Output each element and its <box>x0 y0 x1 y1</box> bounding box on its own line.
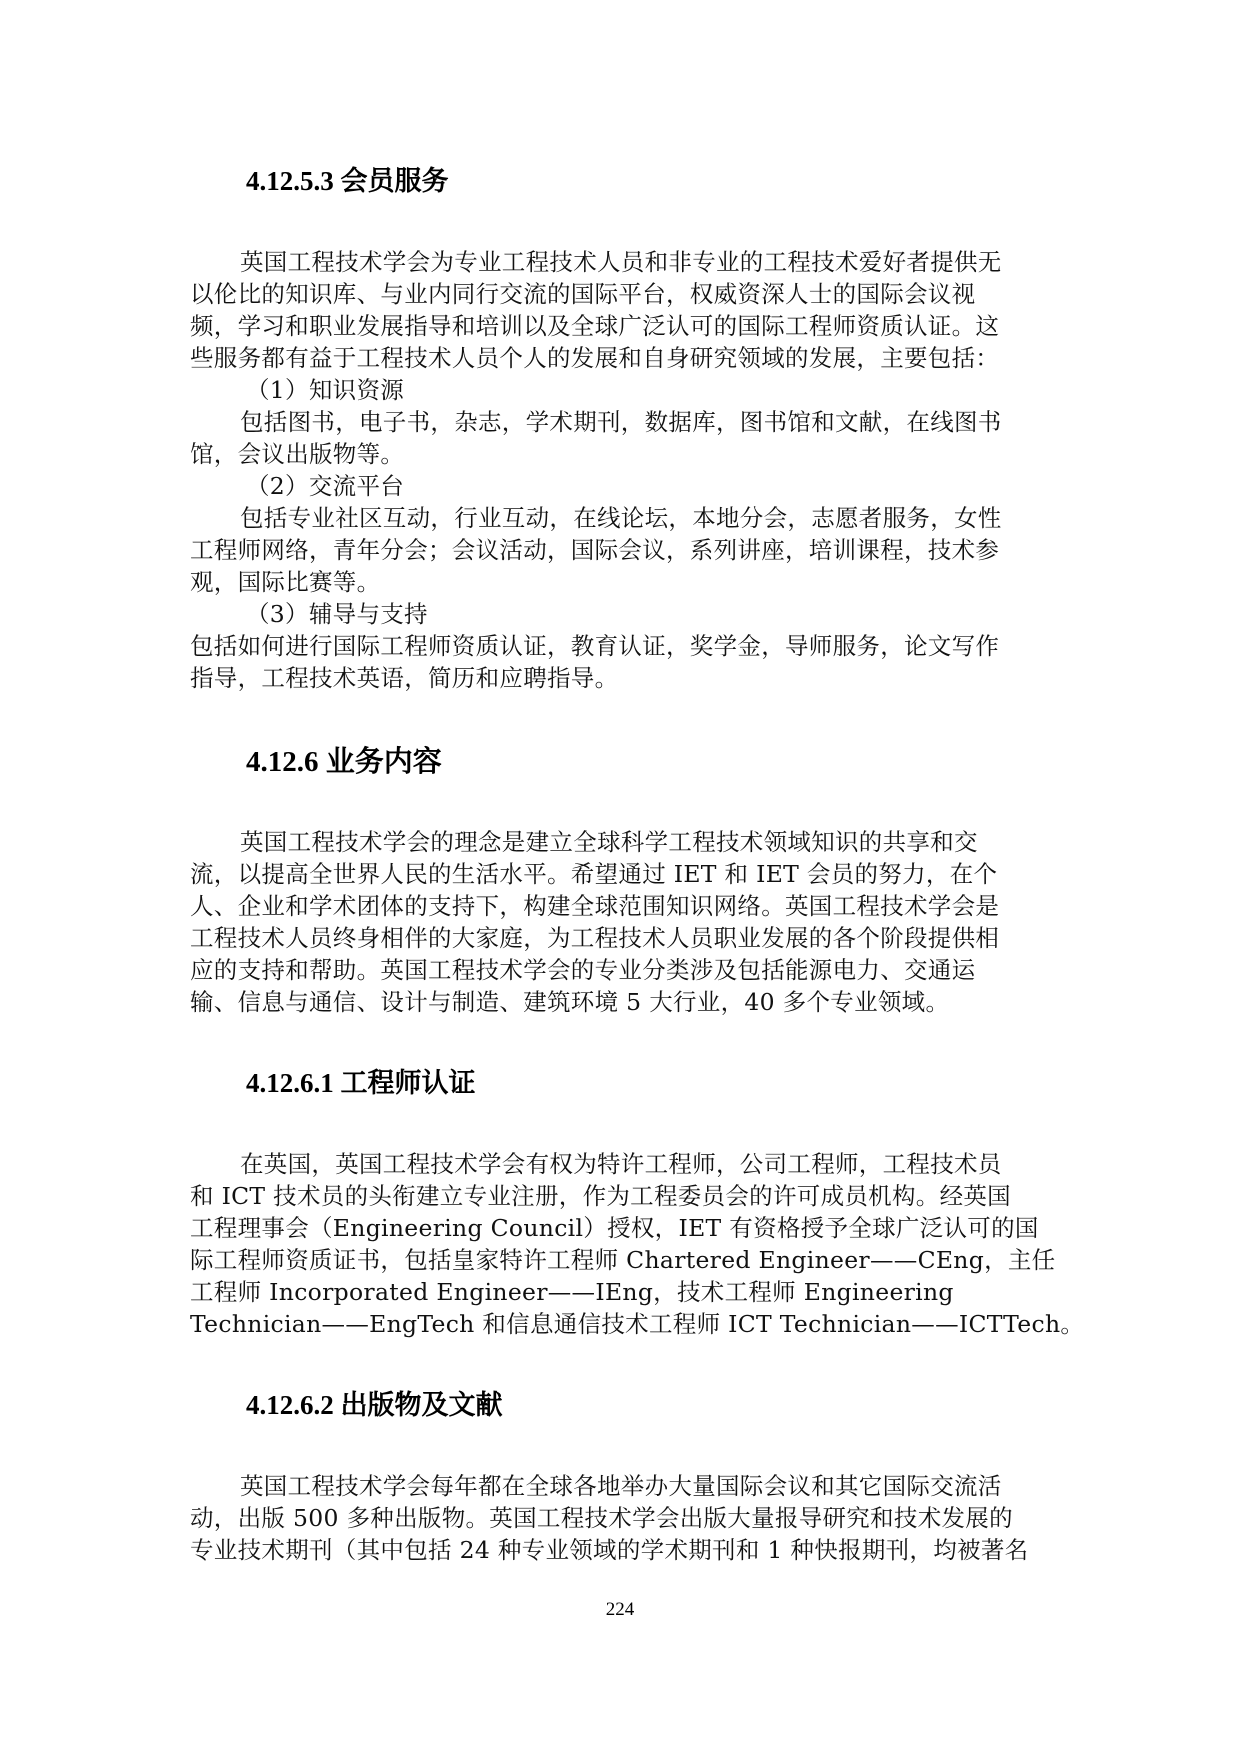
paragraph-line: 观，国际比赛等。 <box>190 566 380 598</box>
paragraph-line: 工程师 Incorporated Engineer——IEng，技术工程师 En… <box>190 1276 954 1308</box>
paragraph-line: 包括图书，电子书，杂志，学术期刊，数据库，图书馆和文献，在线图书 <box>240 406 1002 438</box>
paragraph-line: 包括如何进行国际工程师资质认证，教育认证，奖学金，导师服务，论文写作 <box>190 630 999 662</box>
paragraph-line: 工程师网络，青年分会；会议活动，国际会议，系列讲座，培训课程，技术参 <box>190 534 999 566</box>
paragraph-line: 英国工程技术学会每年都在全球各地举办大量国际会议和其它国际交流活 <box>240 1470 1002 1502</box>
paragraph-line: 专业技术期刊（其中包括 24 种专业领域的学术期刊和 1 种快报期刊，均被著名 <box>190 1534 1028 1566</box>
paragraph-line: 频，学习和职业发展指导和培训以及全球广泛认可的国际工程师资质认证。这 <box>190 310 999 342</box>
page-number: 224 <box>0 1598 1240 1622</box>
paragraph-line: 际工程师资质证书，包括皇家特许工程师 Chartered Engineer——C… <box>190 1244 1055 1276</box>
paragraph-line: 包括专业社区互动，行业互动，在线论坛，本地分会，志愿者服务，女性 <box>240 502 1002 534</box>
paragraph-line: 在英国，英国工程技术学会有权为特许工程师，公司工程师，工程技术员 <box>240 1148 1002 1180</box>
paragraph-line: Technician——EngTech 和信息通信技术工程师 ICT Techn… <box>190 1308 1084 1340</box>
paragraph-line: 英国工程技术学会的理念是建立全球科学工程技术领域知识的共享和交 <box>240 826 978 858</box>
paragraph-line: 人、企业和学术团体的支持下，构建全球范围知识网络。英国工程技术学会是 <box>190 890 999 922</box>
section-heading-4-12-6: 4.12.6 业务内容 <box>246 745 442 779</box>
paragraph-line: 输、信息与通信、设计与制造、建筑环境 5 大行业，40 多个专业领域。 <box>190 986 949 1018</box>
paragraph-line: 工程理事会（Engineering Council）授权，IET 有资格授予全球… <box>190 1212 1039 1244</box>
list-item-heading: （3）辅导与支持 <box>246 598 428 630</box>
section-heading-4-12-6-1: 4.12.6.1 工程师认证 <box>246 1066 476 1100</box>
list-item-heading: （2）交流平台 <box>246 470 404 502</box>
paragraph-line: 动，出版 500 多种出版物。英国工程技术学会出版大量报导研究和技术发展的 <box>190 1502 1013 1534</box>
paragraph-line: 工程技术人员终身相伴的大家庭，为工程技术人员职业发展的各个阶段提供相 <box>190 922 999 954</box>
section-heading-4-12-5-3: 4.12.5.3 会员服务 <box>246 164 449 198</box>
paragraph-line: 应的支持和帮助。英国工程技术学会的专业分类涉及包括能源电力、交通运 <box>190 954 975 986</box>
document-page: 4.12.5.3 会员服务 英国工程技术学会为专业工程技术人员和非专业的工程技术… <box>0 0 1240 1753</box>
paragraph-line: 和 ICT 技术员的头衔建立专业注册，作为工程委员会的许可成员机构。经英国 <box>190 1180 1011 1212</box>
paragraph-line: 流，以提高全世界人民的生活水平。希望通过 IET 和 IET 会员的努力，在个 <box>190 858 997 890</box>
paragraph-line: 些服务都有益于工程技术人员个人的发展和自身研究领域的发展，主要包括： <box>190 342 999 374</box>
paragraph-line: 英国工程技术学会为专业工程技术人员和非专业的工程技术爱好者提供无 <box>240 246 1002 278</box>
paragraph-line: 以伦比的知识库、与业内同行交流的国际平台，权威资深人士的国际会议视 <box>190 278 975 310</box>
section-heading-4-12-6-2: 4.12.6.2 出版物及文献 <box>246 1388 503 1422</box>
paragraph-line: 指导，工程技术英语，简历和应聘指导。 <box>190 662 618 694</box>
paragraph-line: 馆，会议出版物等。 <box>190 438 404 470</box>
list-item-heading: （1）知识资源 <box>246 374 404 406</box>
